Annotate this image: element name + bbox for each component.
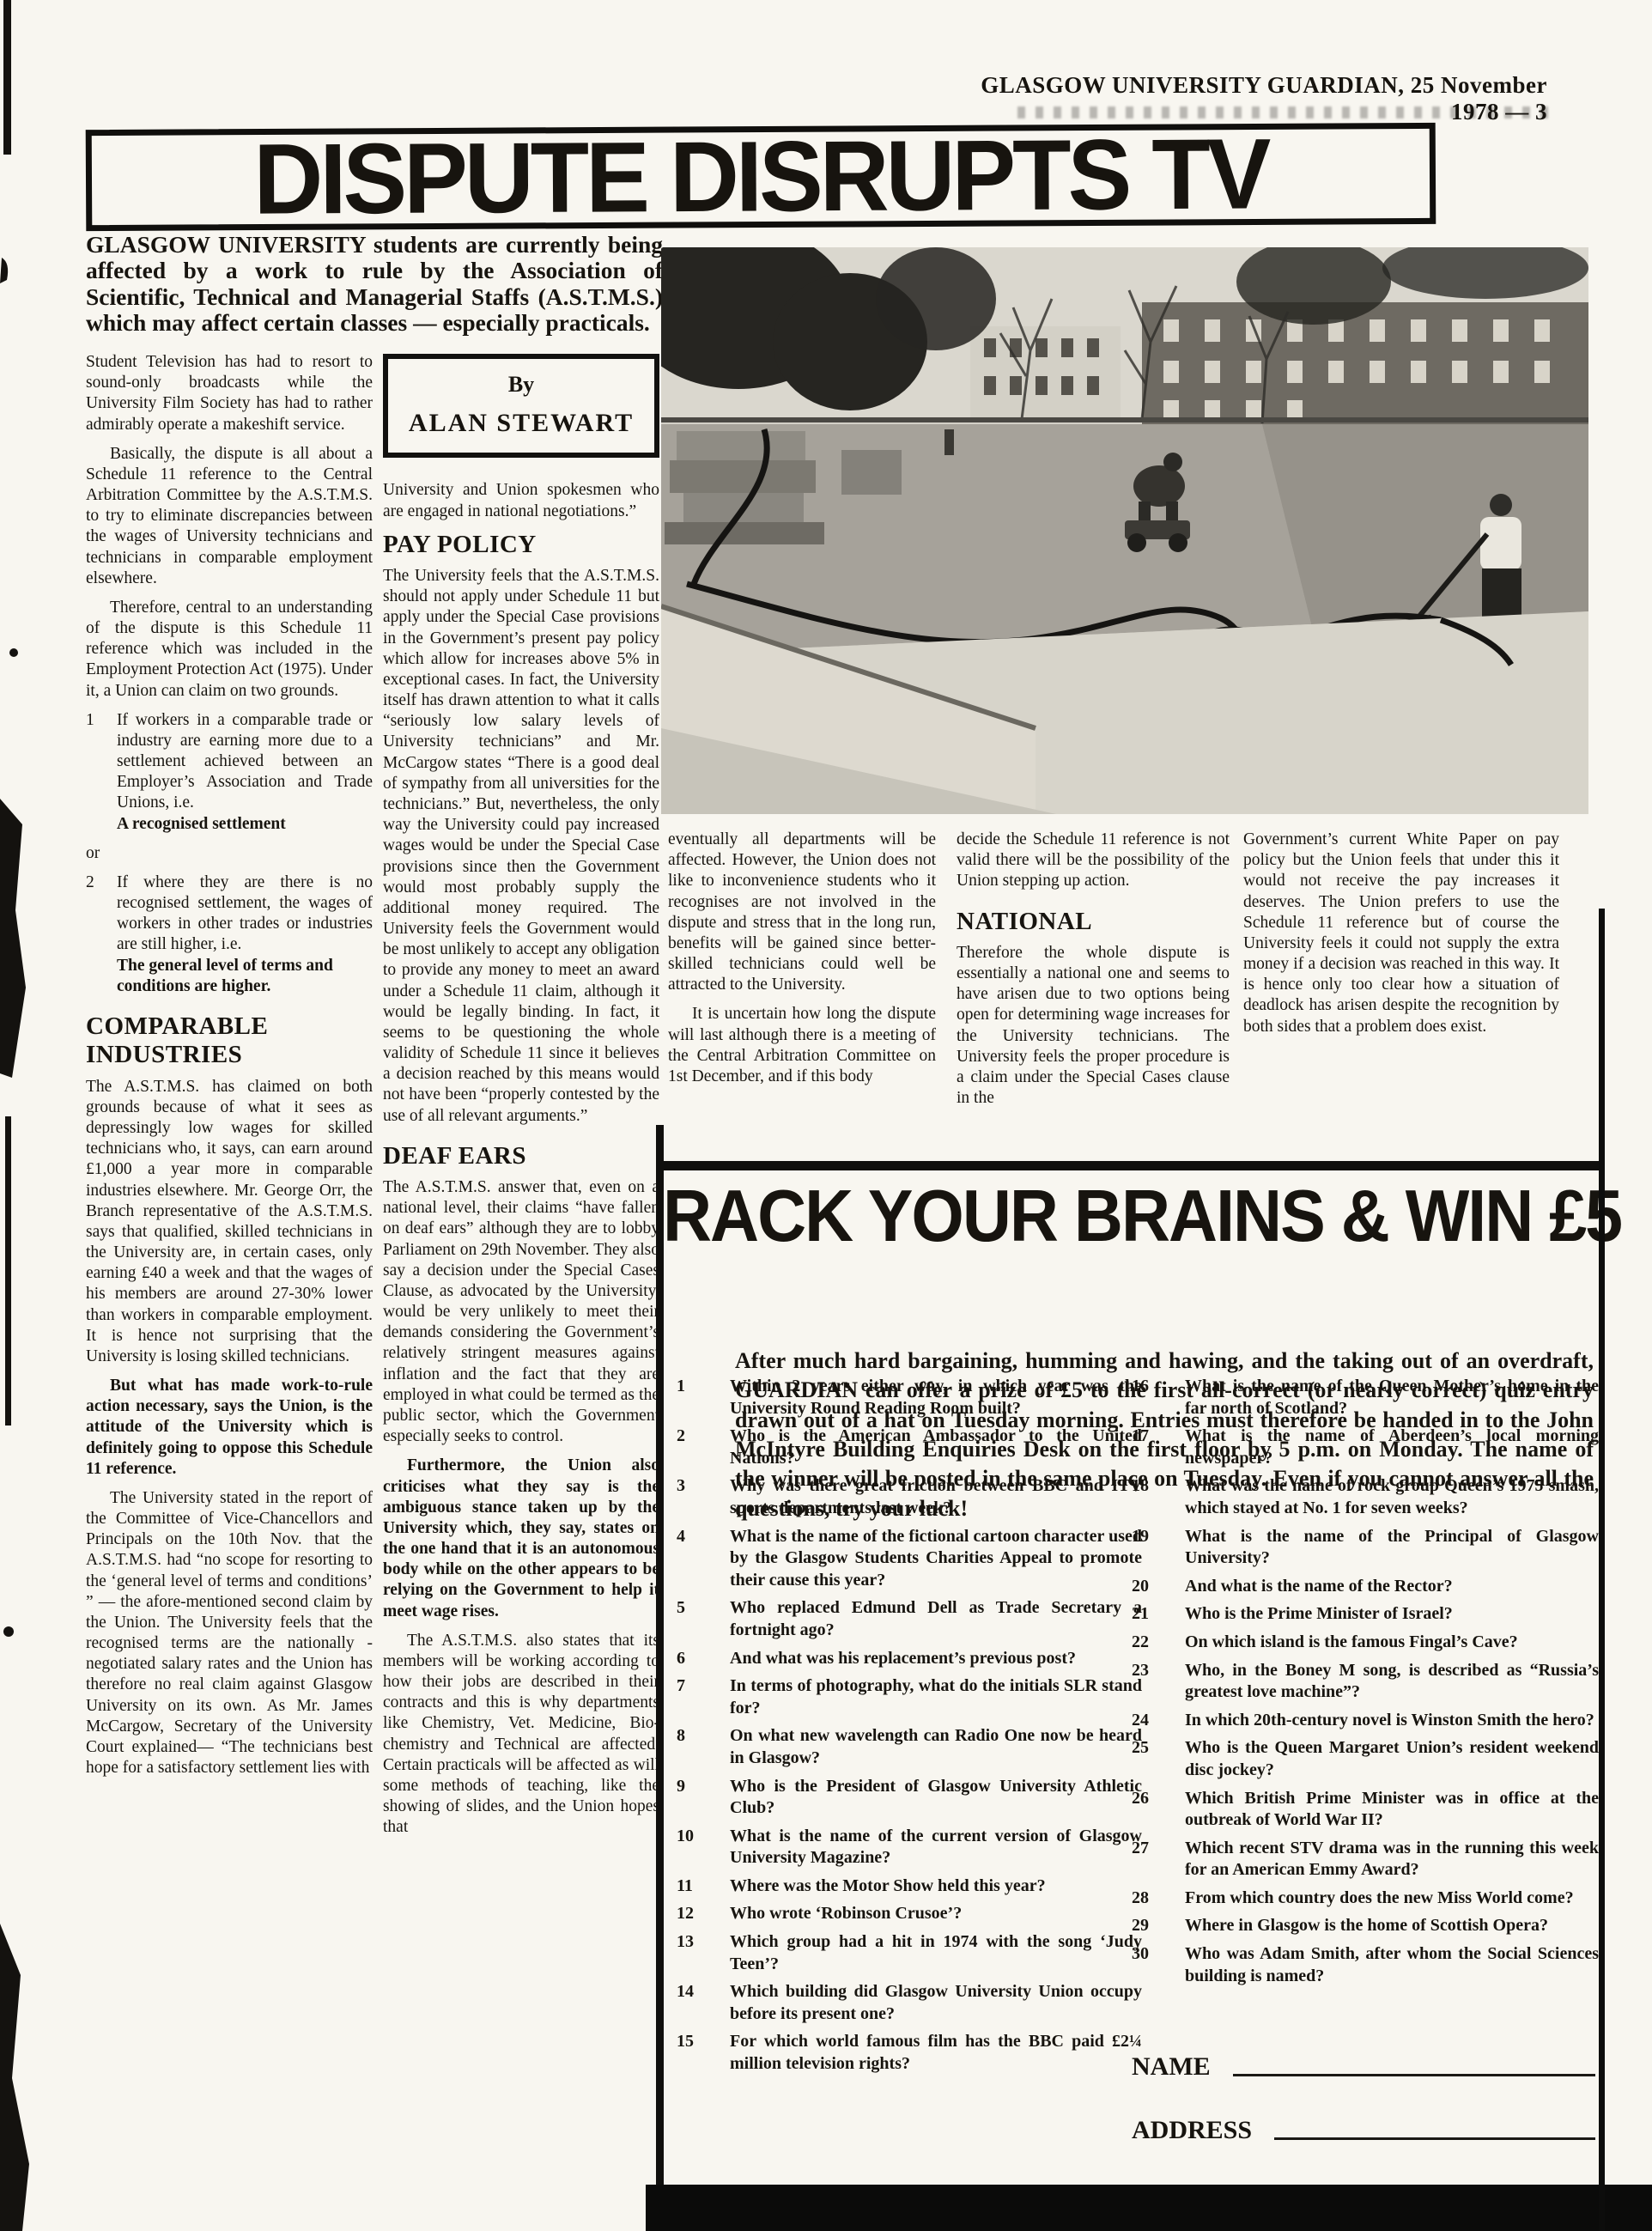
quiz-question: 10 What is the name of the current versi… <box>677 1826 1142 1869</box>
paragraph: The A.S.T.M.S. answer that, even on a na… <box>383 1177 659 1447</box>
article-column-5: Government’s current White Paper on pay … <box>1243 830 1559 1046</box>
question-number: 17 <box>1132 1426 1185 1469</box>
question-text: And what was his replacement’s previous … <box>730 1648 1142 1670</box>
question-number: 14 <box>677 1981 730 2025</box>
paragraph: Therefore the whole dispute is essential… <box>957 943 1230 1109</box>
headline-box: DISPUTE DISRUPTS TV <box>86 123 1436 231</box>
question-number: 6 <box>677 1648 730 1670</box>
quiz-question: 24 In which 20th-century novel is Winsto… <box>1132 1710 1599 1732</box>
question-number: 21 <box>1132 1603 1185 1626</box>
quiz-question: 6 And what was his replacement’s previou… <box>677 1648 1142 1670</box>
claim-item-1: 1 If workers in a comparable trade or in… <box>86 710 373 835</box>
quiz-question: 27 Which recent STV drama was in the run… <box>1132 1838 1599 1881</box>
claim-item-2: 2 If where they are there is no recognis… <box>86 872 373 997</box>
question-text: Who is the President of Glasgow Universi… <box>730 1776 1142 1820</box>
article-photo <box>661 247 1588 814</box>
question-number: 3 <box>677 1475 730 1519</box>
quiz-questions-right: 16 What is the name of the Queen Mother’… <box>1132 1376 1599 1993</box>
question-text: Why was there great friction between BBC… <box>730 1475 1142 1519</box>
question-text: Who is the American Ambassador to the Un… <box>730 1426 1142 1469</box>
quiz-question: 1 Within 2 years either way, in which ye… <box>677 1376 1142 1419</box>
paragraph: Student Television has had to resort to … <box>86 352 373 435</box>
quiz-question: 28 From which country does the new Miss … <box>1132 1888 1599 1910</box>
paragraph-bold: But what has made work-to-rule action ne… <box>86 1376 373 1480</box>
quiz-question: 30 Who was Adam Smith, after whom the So… <box>1132 1943 1599 1987</box>
torn-edge-decoration <box>0 0 38 2231</box>
question-text: On what new wavelength can Radio One now… <box>730 1725 1142 1769</box>
newspaper-page: GLASGOW UNIVERSITY GUARDIAN, 25 November… <box>0 0 1652 2231</box>
quiz-question: 21 Who is the Prime Minister of Israel? <box>1132 1603 1599 1626</box>
quiz-question: 25 Who is the Queen Margaret Union’s res… <box>1132 1737 1599 1781</box>
question-text: What is the name of Aberdeen’s local mor… <box>1185 1426 1599 1469</box>
question-text: On which island is the famous Fingal’s C… <box>1185 1632 1599 1654</box>
section-heading-comparable-industries: COMPARABLE INDUSTRIES <box>86 1012 373 1070</box>
quiz-question: 7 In terms of photography, what do the i… <box>677 1675 1142 1719</box>
quiz-question: 14 Which building did Glasgow University… <box>677 1981 1142 2025</box>
question-text: Which recent STV drama was in the runnin… <box>1185 1838 1599 1881</box>
claim-bold: A recognised settlement <box>117 814 373 835</box>
question-text: What is the name of the Principal of Gla… <box>1185 1526 1599 1570</box>
quiz-question: 3 Why was there great friction between B… <box>677 1475 1142 1519</box>
quiz-question: 2 Who is the American Ambassador to the … <box>677 1426 1142 1469</box>
quiz-question: 8 On what new wavelength can Radio One n… <box>677 1725 1142 1769</box>
question-number: 26 <box>1132 1788 1185 1832</box>
quiz-question: 20 And what is the name of the Rector? <box>1132 1576 1599 1598</box>
quiz-question: 13 Which group had a hit in 1974 with th… <box>677 1931 1142 1975</box>
question-text: Who, in the Boney M song, is described a… <box>1185 1660 1599 1704</box>
question-number: 10 <box>677 1826 730 1869</box>
claim-text: If workers in a comparable trade or indu… <box>117 711 373 812</box>
quiz-questions-left: 1 Within 2 years either way, in which ye… <box>677 1376 1142 2082</box>
question-text: What was the name of rock group Queen’s … <box>1185 1475 1599 1519</box>
question-text: In which 20th-century novel is Winston S… <box>1185 1710 1599 1732</box>
quiz-question: 4 What is the name of the fictional cart… <box>677 1526 1142 1592</box>
question-number: 5 <box>677 1597 730 1641</box>
question-number: 20 <box>1132 1576 1185 1598</box>
question-number: 23 <box>1132 1660 1185 1704</box>
question-number: 29 <box>1132 1915 1185 1937</box>
quiz-question: 19 What is the name of the Principal of … <box>1132 1526 1599 1570</box>
section-heading-national: NATIONAL <box>957 908 1230 936</box>
question-number: 9 <box>677 1776 730 1820</box>
quiz-top-rule <box>658 1161 1599 1170</box>
question-number: 4 <box>677 1526 730 1592</box>
question-number: 1 <box>677 1376 730 1419</box>
claim-number: 1 <box>86 710 106 835</box>
question-text: And what is the name of the Rector? <box>1185 1576 1599 1598</box>
question-number: 16 <box>1132 1376 1185 1419</box>
question-number: 15 <box>677 2031 730 2075</box>
article-column-4: decide the Schedule 11 reference is not … <box>957 830 1230 1117</box>
name-row: NAME <box>1132 2052 1595 2082</box>
byline-by: By <box>395 371 647 398</box>
question-text: Who is the Prime Minister of Israel? <box>1185 1603 1599 1626</box>
quiz-question: 29 Where in Glasgow is the home of Scott… <box>1132 1915 1599 1937</box>
paragraph: Basically, the dispute is all about a Sc… <box>86 444 373 589</box>
quiz-question: 16 What is the name of the Queen Mother’… <box>1132 1376 1599 1419</box>
article-column-1: Student Television has had to resort to … <box>86 352 373 1787</box>
question-text: Where was the Motor Show held this year? <box>730 1875 1142 1898</box>
or-connector: or <box>86 843 373 864</box>
claim-bold: The general level of terms and condition… <box>117 956 373 997</box>
question-text: Who replaced Edmund Dell as Trade Secret… <box>730 1597 1142 1641</box>
question-number: 22 <box>1132 1632 1185 1654</box>
question-number: 19 <box>1132 1526 1185 1570</box>
byline-author: ALAN STEWART <box>395 407 647 439</box>
question-number: 18 <box>1132 1475 1185 1519</box>
question-text: In terms of photography, what do the ini… <box>730 1675 1142 1719</box>
question-text: What is the name of the current version … <box>730 1826 1142 1869</box>
article-column-3: eventually all departments will be affec… <box>668 830 936 1096</box>
quiz-title: RACK YOUR BRAINS & WIN £5 <box>663 1173 1599 1258</box>
question-number: 27 <box>1132 1838 1185 1881</box>
question-text: Who wrote ‘Robinson Crusoe’? <box>730 1903 1142 1925</box>
question-number: 30 <box>1132 1943 1185 1987</box>
paragraph: University and Union spokesmen who are e… <box>383 480 659 521</box>
paragraph: Government’s current White Paper on pay … <box>1243 830 1559 1037</box>
name-label: NAME <box>1132 2052 1211 2082</box>
question-number: 2 <box>677 1426 730 1469</box>
paragraph: The University feels that the A.S.T.M.S.… <box>383 566 659 1127</box>
scan-bottom-band <box>646 2185 1652 2231</box>
quiz-question: 9 Who is the President of Glasgow Univer… <box>677 1776 1142 1820</box>
question-number: 8 <box>677 1725 730 1769</box>
quiz-question: 12 Who wrote ‘Robinson Crusoe’? <box>677 1903 1142 1925</box>
standfirst: GLASGOW UNIVERSITY students are currentl… <box>86 232 663 336</box>
question-text: Which group had a hit in 1974 with the s… <box>730 1931 1142 1975</box>
paragraph: Therefore, central to an understanding o… <box>86 598 373 702</box>
paragraph: decide the Schedule 11 reference is not … <box>957 830 1230 892</box>
paragraph-bold: Furthermore, the Union also criticises w… <box>383 1456 659 1621</box>
section-heading-deaf-ears: DEAF EARS <box>383 1142 659 1170</box>
quiz-entry-form: NAME ADDRESS <box>1132 2018 1595 2145</box>
article-column-2: By ALAN STEWART University and Union spo… <box>383 350 659 1846</box>
section-heading-pay-policy: PAY POLICY <box>383 531 659 559</box>
quiz-question: 26 Which British Prime Minister was in o… <box>1132 1788 1599 1832</box>
question-number: 25 <box>1132 1737 1185 1781</box>
question-text: What is the name of the Queen Mother’s h… <box>1185 1376 1599 1419</box>
paragraph: The University stated in the report of t… <box>86 1488 373 1778</box>
byline-box: By ALAN STEWART <box>383 354 659 458</box>
question-number: 7 <box>677 1675 730 1719</box>
address-row: ADDRESS <box>1132 2116 1595 2145</box>
name-write-in-line <box>1233 2074 1595 2076</box>
quiz-question: 11 Where was the Motor Show held this ye… <box>677 1875 1142 1898</box>
claim-text: If where they are there is no recognised… <box>117 873 373 954</box>
quiz-question: 15 For which world famous film has the B… <box>677 2031 1142 2075</box>
quiz-question: 17 What is the name of Aberdeen’s local … <box>1132 1426 1599 1469</box>
scan-right-edge <box>1599 909 1605 2231</box>
question-text: Which building did Glasgow University Un… <box>730 1981 1142 2025</box>
paragraph: The A.S.T.M.S. also states that its memb… <box>383 1631 659 1839</box>
question-number: 11 <box>677 1875 730 1898</box>
paragraph: It is uncertain how long the dispute wil… <box>668 1004 936 1087</box>
question-number: 28 <box>1132 1888 1185 1910</box>
print-smudge-decoration <box>1017 106 1550 119</box>
question-number: 12 <box>677 1903 730 1925</box>
page-headline: DISPUTE DISRUPTS TV <box>253 125 1268 230</box>
paragraph: The A.S.T.M.S. has claimed on both groun… <box>86 1077 373 1367</box>
question-number: 13 <box>677 1931 730 1975</box>
question-text: What is the name of the fictional cartoo… <box>730 1526 1142 1592</box>
question-text: From which country does the new Miss Wor… <box>1185 1888 1599 1910</box>
address-label: ADDRESS <box>1132 2116 1252 2145</box>
paragraph: eventually all departments will be affec… <box>668 830 936 995</box>
address-write-in-line <box>1274 2137 1595 2140</box>
quiz-question: 5 Who replaced Edmund Dell as Trade Secr… <box>677 1597 1142 1641</box>
quiz-question: 23 Who, in the Boney M song, is describe… <box>1132 1660 1599 1704</box>
quiz-question: 18 What was the name of rock group Queen… <box>1132 1475 1599 1519</box>
question-number: 24 <box>1132 1710 1185 1732</box>
question-text: Where in Glasgow is the home of Scottish… <box>1185 1915 1599 1937</box>
claim-number: 2 <box>86 872 106 997</box>
quiz-left-rule <box>656 1125 664 2231</box>
question-text: Who is the Queen Margaret Union’s reside… <box>1185 1737 1599 1781</box>
question-text: Within 2 years either way, in which year… <box>730 1376 1142 1419</box>
question-text: Which British Prime Minister was in offi… <box>1185 1788 1599 1832</box>
question-text: Who was Adam Smith, after whom the Socia… <box>1185 1943 1599 1987</box>
question-text: For which world famous film has the BBC … <box>730 2031 1142 2075</box>
quiz-question: 22 On which island is the famous Fingal’… <box>1132 1632 1599 1654</box>
